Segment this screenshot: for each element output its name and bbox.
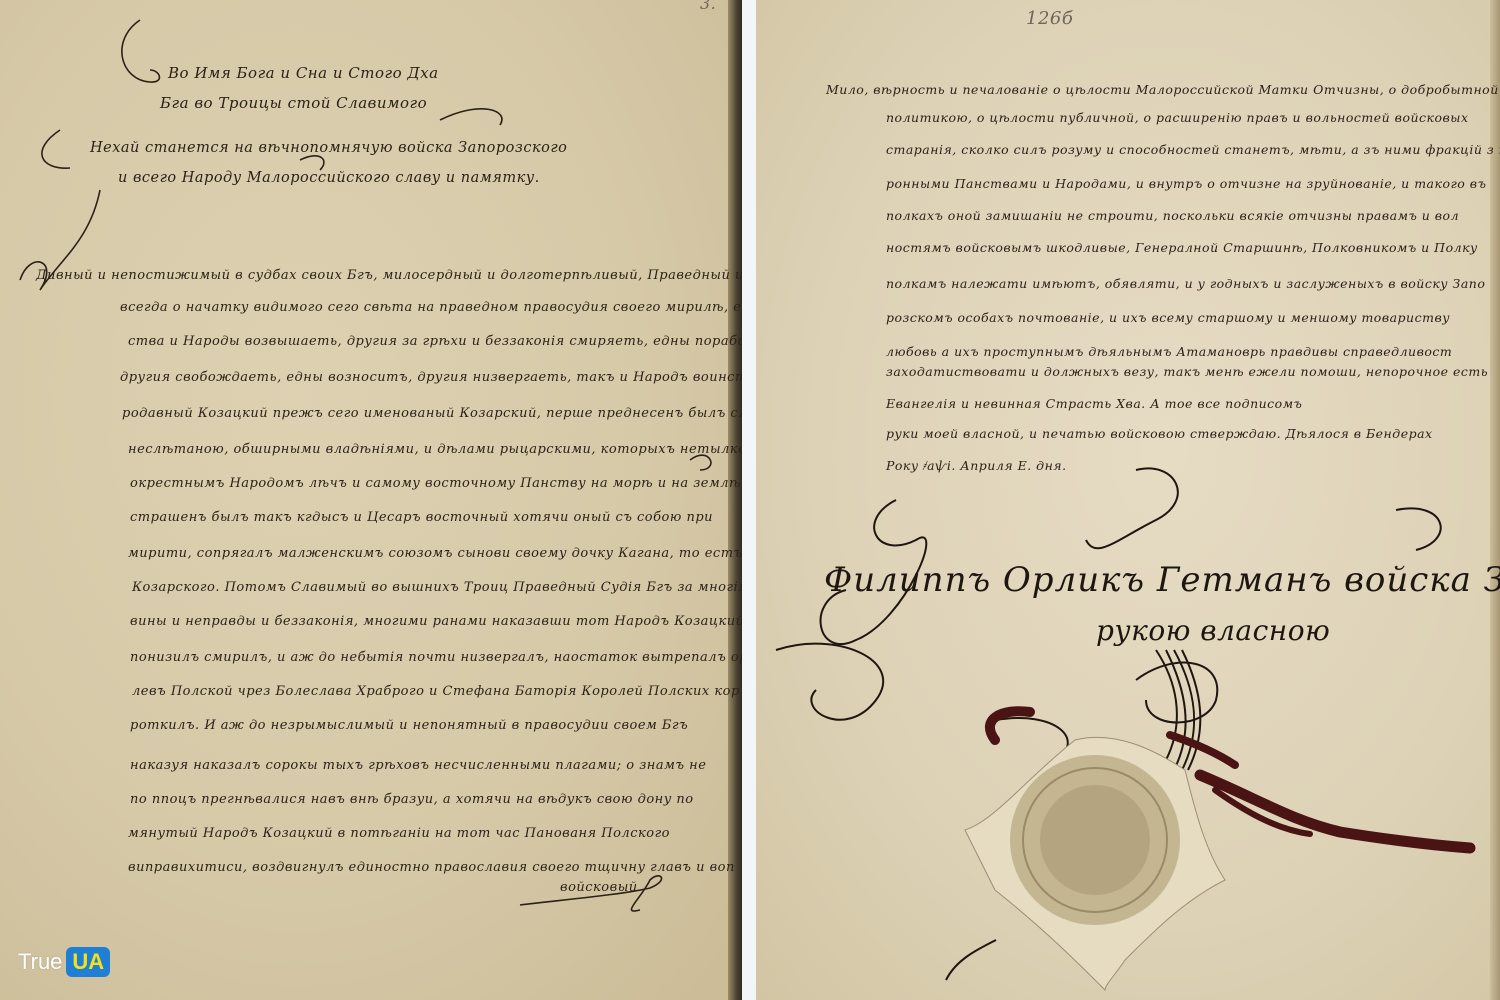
seal-icon: [955, 700, 1255, 1000]
trueua-logo: True UA: [18, 947, 110, 977]
page-gutter: [742, 0, 756, 1000]
intro-line-1: Нехай станется на вѣчнопомнячую войска З…: [90, 140, 567, 156]
intro-line-2: и всего Народу Малороссийского славу и п…: [118, 170, 540, 186]
body-line: другия свобождаеть, едны возноситъ, друг…: [120, 370, 742, 385]
body-line: Мило, вѣрность и печалованіе о цѣлости М…: [826, 82, 1500, 97]
body-line: виправихитиси, воздвигнулъ единостно пра…: [128, 860, 735, 875]
body-line: любовь а ихъ проступнымъ дѣяльнымъ Атама…: [886, 344, 1452, 359]
body-line: окрестнымъ Народомъ лѣчъ и самому восточ…: [130, 476, 741, 491]
body-line: Козарского. Потомъ Славимый во вышнихъ Т…: [132, 580, 742, 595]
body-line: ностямъ войсковымъ шкодливые, Генералной…: [886, 240, 1478, 255]
body-line: политикою, о цѣлости публичной, о расшир…: [886, 110, 1469, 125]
body-line: по ппоцъ прегнѣвалися навъ внѣ бразуи, а…: [130, 792, 694, 807]
body-line: родавный Козацкий прежъ сего именованый …: [122, 406, 742, 421]
hetman-signature: Филиппъ Орликъ Гетманъ войска Запорозско…: [824, 560, 1500, 600]
body-line: вины и неправды и беззаконія, многими ра…: [130, 614, 742, 629]
body-line: мирити, сопрягалъ малженскимъ союзомъ сы…: [128, 546, 742, 561]
body-line: ронными Панствами и Народами, и внутръ о…: [886, 176, 1486, 191]
body-line: заходатиствовати и должныхъ везу, такъ м…: [886, 364, 1488, 379]
heading-line-1: Во Имя Бога и Сна и Стого Дха: [168, 64, 439, 82]
wax-seal: [955, 700, 1245, 990]
archive-number: 126б: [1026, 8, 1073, 29]
body-line: полкахъ оной замишаніи не строити, поско…: [886, 208, 1459, 223]
body-line: руки моей власной, и печатью войсковою с…: [886, 426, 1433, 441]
body-line: старанія, сколко силъ розуму и способнос…: [886, 142, 1500, 157]
body-line: всегда о начатку видимого сего свѣта на …: [120, 300, 742, 315]
left-manuscript-page: 3. Во Имя Бога и Сна и Стого Дха Бга во …: [0, 0, 742, 1000]
body-line: войсковый: [560, 880, 638, 895]
book-binding: [728, 0, 742, 1000]
logo-true-text: True: [18, 949, 62, 975]
body-line: левъ Полской чрез Болеслава Храброго и С…: [132, 684, 740, 699]
signature-subline: рукою власною: [1096, 614, 1330, 647]
body-line: Евангелія и невинная Страсть Хва. А тое …: [886, 396, 1302, 411]
body-line: мянутый Народъ Козацкий в потѣганіи на т…: [128, 826, 670, 841]
heading-line-2: Бга во Троицы стой Славимого: [160, 94, 427, 112]
body-line: понизилъ смирилъ, и аж до небытія почти …: [130, 650, 742, 665]
date-line: Року ҂аѱі. Априля Е. дня.: [886, 458, 1067, 474]
logo-ua-badge: UA: [66, 947, 110, 977]
body-line: страшенъ былъ такъ кгдысъ и Цесаръ восто…: [130, 510, 713, 525]
body-line: Дивный и непостижимый в судбах своих Бгъ…: [36, 268, 742, 283]
body-line: ства и Народы возвышаеть, другия за грѣх…: [128, 334, 742, 349]
body-line: полкамъ належати имѣютъ, обявляти, и у г…: [886, 276, 1485, 291]
body-line: неслѣтаною, обширными владѣніями, и дѣла…: [128, 442, 742, 457]
body-line: роткилъ. И аж до незрымыслимый и непонят…: [130, 718, 688, 733]
page-number: 3.: [700, 0, 716, 13]
body-line: наказуя наказалъ сорокы тыхъ грѣховъ нес…: [130, 758, 706, 773]
body-line: розскомъ особахъ почтованіе, и ихъ всему…: [886, 310, 1450, 325]
